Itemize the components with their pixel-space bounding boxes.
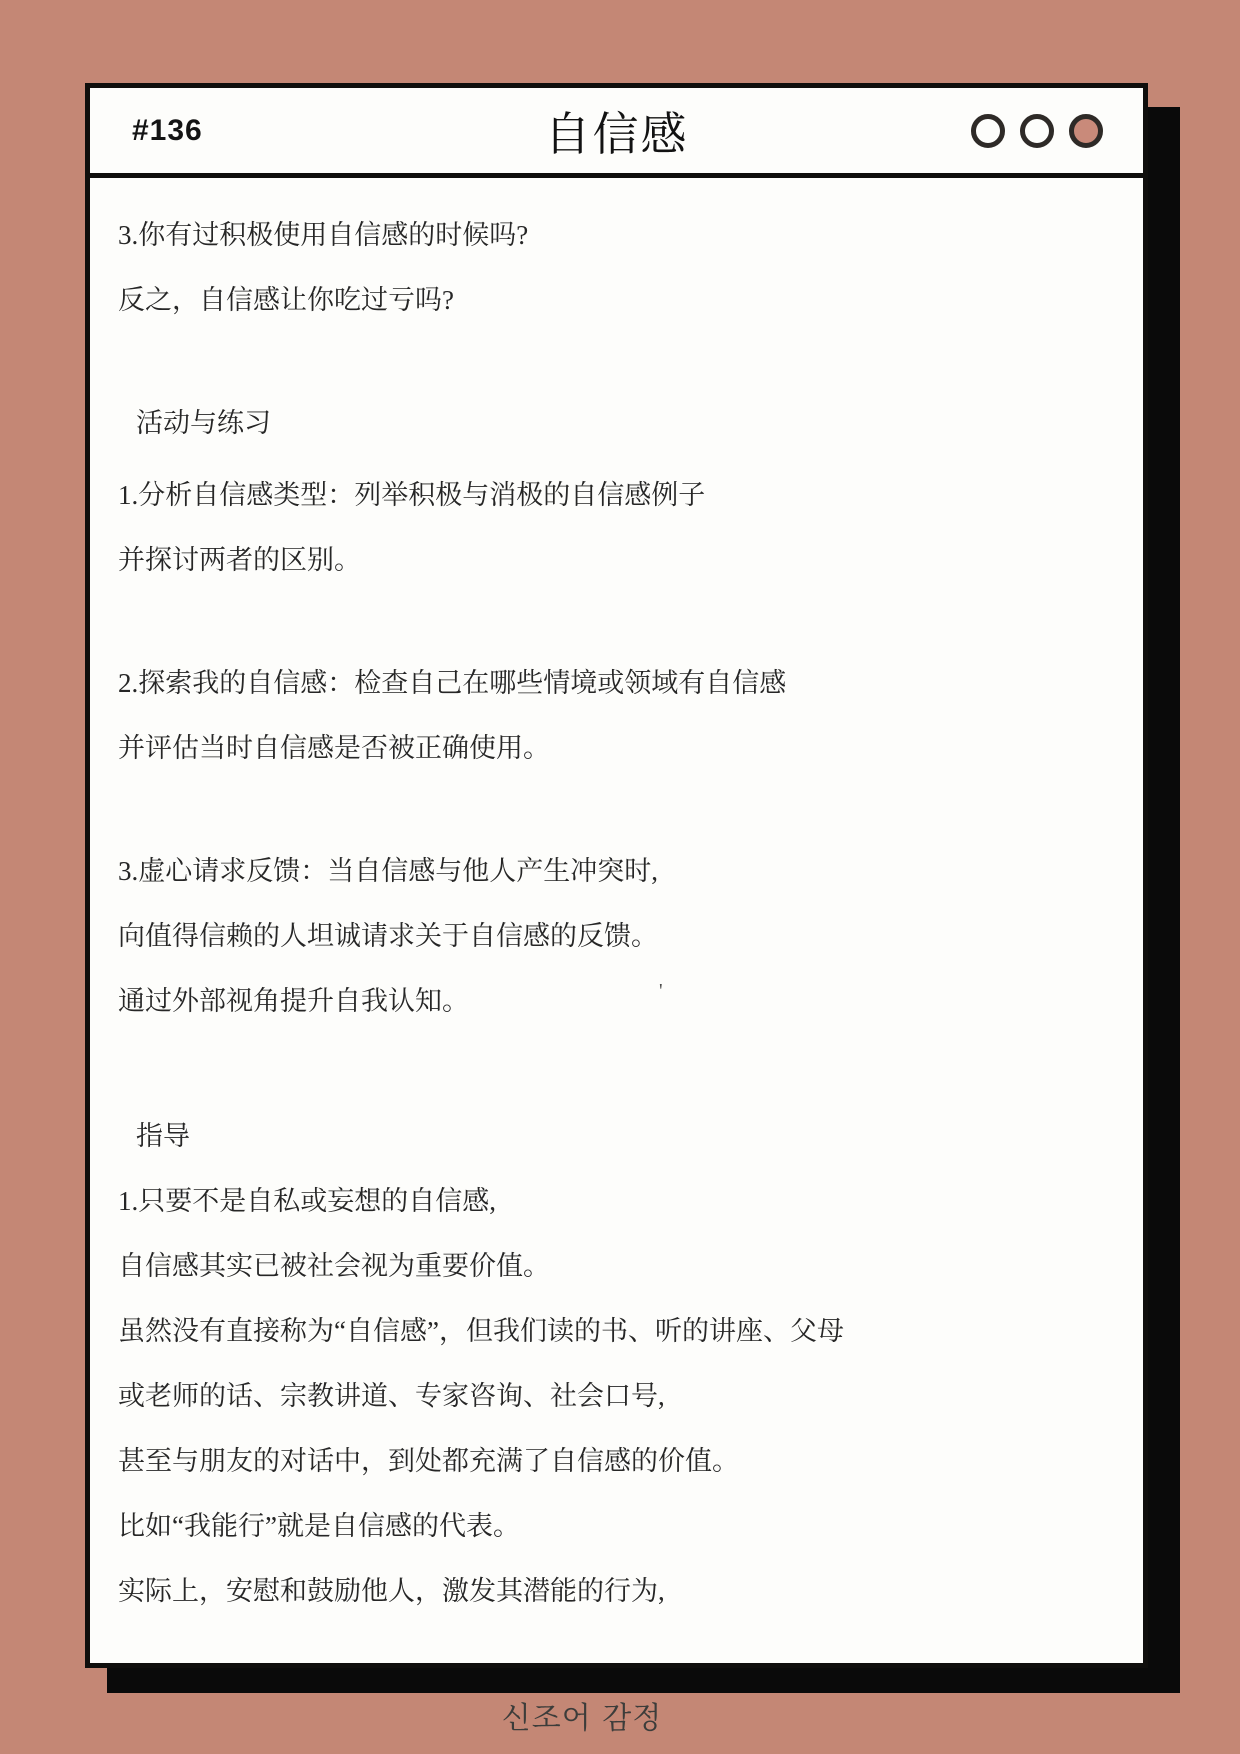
card: #136 自信感 3.你有过积极使用自信感的时候吗? 反之，自信感让你吃过亏吗?… xyxy=(85,83,1148,1668)
card-number: #136 xyxy=(90,114,203,148)
window-dot-icon xyxy=(971,114,1005,148)
page-background: #136 自信感 3.你有过积极使用自信感的时候吗? 反之，自信感让你吃过亏吗?… xyxy=(0,0,1240,1754)
body-line: 3.虚心请求反馈：当自信感与他人产生冲突时, xyxy=(118,836,1103,901)
body-line: 1.分析自信感类型：列举积极与消极的自信感例子 xyxy=(118,460,1103,525)
body-line: 甚至与朋友的对话中，到处都充满了自信感的价值。 xyxy=(118,1426,1103,1491)
section-heading-guidance: 指导 xyxy=(118,1101,1103,1166)
card-body: 3.你有过积极使用自信感的时候吗? 反之，自信感让你吃过亏吗? 活动与练习 1.… xyxy=(90,178,1143,1621)
body-line-text: 通过外部视角提升自我认知。 xyxy=(118,979,469,1018)
section-heading-activities: 活动与练习 xyxy=(118,388,1103,453)
card-header: #136 自信感 xyxy=(90,88,1143,178)
body-line: 自信感其实已被社会视为重要价值。 xyxy=(118,1231,1103,1296)
stray-mark: ' xyxy=(659,980,663,1003)
window-dot-icon xyxy=(1020,114,1054,148)
body-line: 虽然没有直接称为“自信感”，但我们读的书、听的讲座、父母 xyxy=(118,1296,1103,1361)
body-line: 并评估当时自信感是否被正确使用。 xyxy=(118,713,1103,778)
footer-caption: 신조어 감정 xyxy=(0,1693,1164,1737)
window-dots xyxy=(971,114,1103,148)
body-line: 或老师的话、宗教讲道、专家咨询、社会口号, xyxy=(118,1361,1103,1426)
body-line: 通过外部视角提升自我认知。 ' xyxy=(118,966,1103,1031)
body-line: 1.只要不是自私或妄想的自信感, xyxy=(118,1166,1103,1231)
body-line: 向值得信赖的人坦诚请求关于自信感的反馈。 xyxy=(118,901,1103,966)
body-line: 反之，自信感让你吃过亏吗? xyxy=(118,265,1103,330)
body-line: 3.你有过积极使用自信感的时候吗? xyxy=(118,200,1103,265)
window-dot-filled-icon xyxy=(1069,114,1103,148)
body-line: 实际上，安慰和鼓励他人，激发其潜能的行为, xyxy=(118,1556,1103,1621)
body-line: 并探讨两者的区别。 xyxy=(118,525,1103,590)
body-line: 2.探索我的自信感：检查自己在哪些情境或领域有自信感 xyxy=(118,648,1103,713)
body-line: 比如“我能行”就是自信感的代表。 xyxy=(118,1491,1103,1556)
